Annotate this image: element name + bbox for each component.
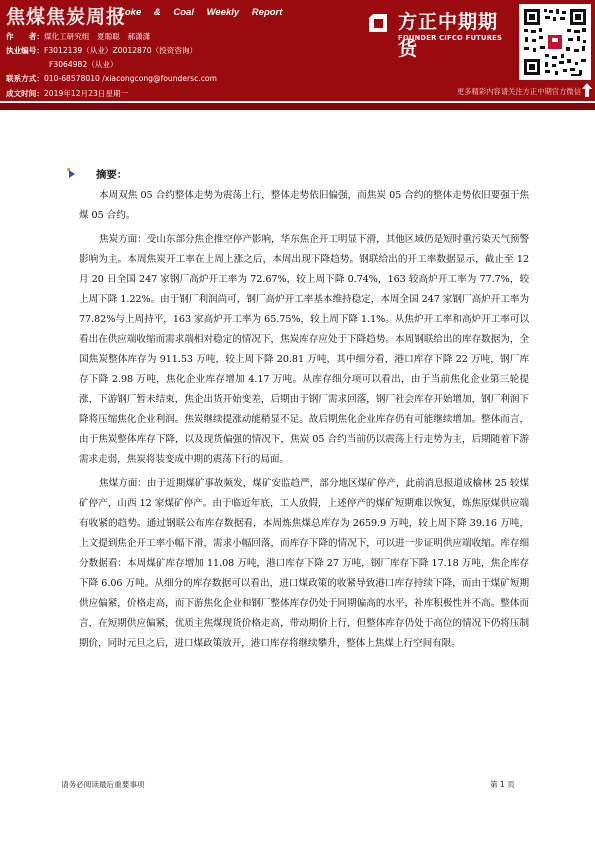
meta-license-2: F3064982（从业）: [49, 59, 118, 70]
meta-license-2-value: F3064982（从业）: [49, 60, 118, 69]
meta-contact-key: 联系方式：: [6, 74, 44, 83]
header-band: [0, 103, 595, 110]
meta-contact-value[interactable]: 010-68578010 /xiacongcong@foundersc.com: [44, 74, 217, 83]
summary-heading: 摘要：: [79, 166, 529, 184]
bullet-arrow-icon: [69, 170, 75, 178]
logo-mark-icon: [367, 12, 389, 34]
meta-license: 执业编号：F3012139（从业）Z0012870（投资咨询）: [6, 45, 197, 56]
meta-date-key: 成文时间：: [6, 89, 44, 98]
summary-title: 摘要：: [96, 166, 127, 181]
wechat-qr-code: [519, 4, 591, 80]
arrow-up-icon: [582, 83, 592, 97]
report-title: 焦煤焦炭周报: [6, 2, 126, 29]
report-subtitle: Coke & Coal Weekly Report: [118, 7, 282, 18]
company-logo: 方正中期期货 FOUNDER CIFCO FUTURES: [362, 6, 517, 46]
footer-disclaimer-notice: 请务必阅读最后重要事项: [61, 779, 145, 790]
report-body: 摘要： 本周双焦 05 合约整体走势为震荡上行，整体走势依旧偏强，而焦炭 05 …: [79, 166, 529, 654]
meta-date: 成文时间：2019年12月23日星期一: [6, 88, 128, 99]
meta-author: 作 者：煤化工研究组 夏聪聪 郝潇潇: [6, 31, 150, 42]
meta-license-value: F3012139（从业）Z0012870（投资咨询）: [44, 46, 197, 55]
meta-contact: 联系方式：010-68578010 /xiacongcong@foundersc…: [6, 73, 217, 84]
summary-paragraph-overview: 本周双焦 05 合约整体走势为震荡上行，整体走势依旧偏强，而焦炭 05 合约的整…: [79, 186, 529, 226]
meta-date-value: 2019年12月23日星期一: [44, 89, 128, 98]
meta-author-key: 作 者：: [6, 32, 44, 41]
summary-paragraph-coking-coal: 焦煤方面：由于近期煤矿事故频发，煤矿安监趋严，部分地区煤矿停产，此前消息报道成榆…: [79, 474, 529, 654]
summary-paragraph-coke: 焦炭方面：受山东部分焦企推空停产影响，华东焦企开工明显下滑，其他区域仍是短时重污…: [79, 230, 529, 470]
meta-license-key: 执业编号：: [6, 46, 44, 55]
meta-author-value: 煤化工研究组 夏聪聪 郝潇潇: [44, 32, 150, 41]
page-number: 第 1 页: [490, 779, 515, 790]
follow-wechat-text: 更多精彩内容请关注方正中期官方微信: [457, 87, 581, 97]
logo-text-en: FOUNDER CIFCO FUTURES: [398, 34, 502, 42]
report-header: 焦煤焦炭周报 Coke & Coal Weekly Report 作 者：煤化工…: [0, 0, 595, 106]
qr-code-icon: [519, 4, 591, 80]
